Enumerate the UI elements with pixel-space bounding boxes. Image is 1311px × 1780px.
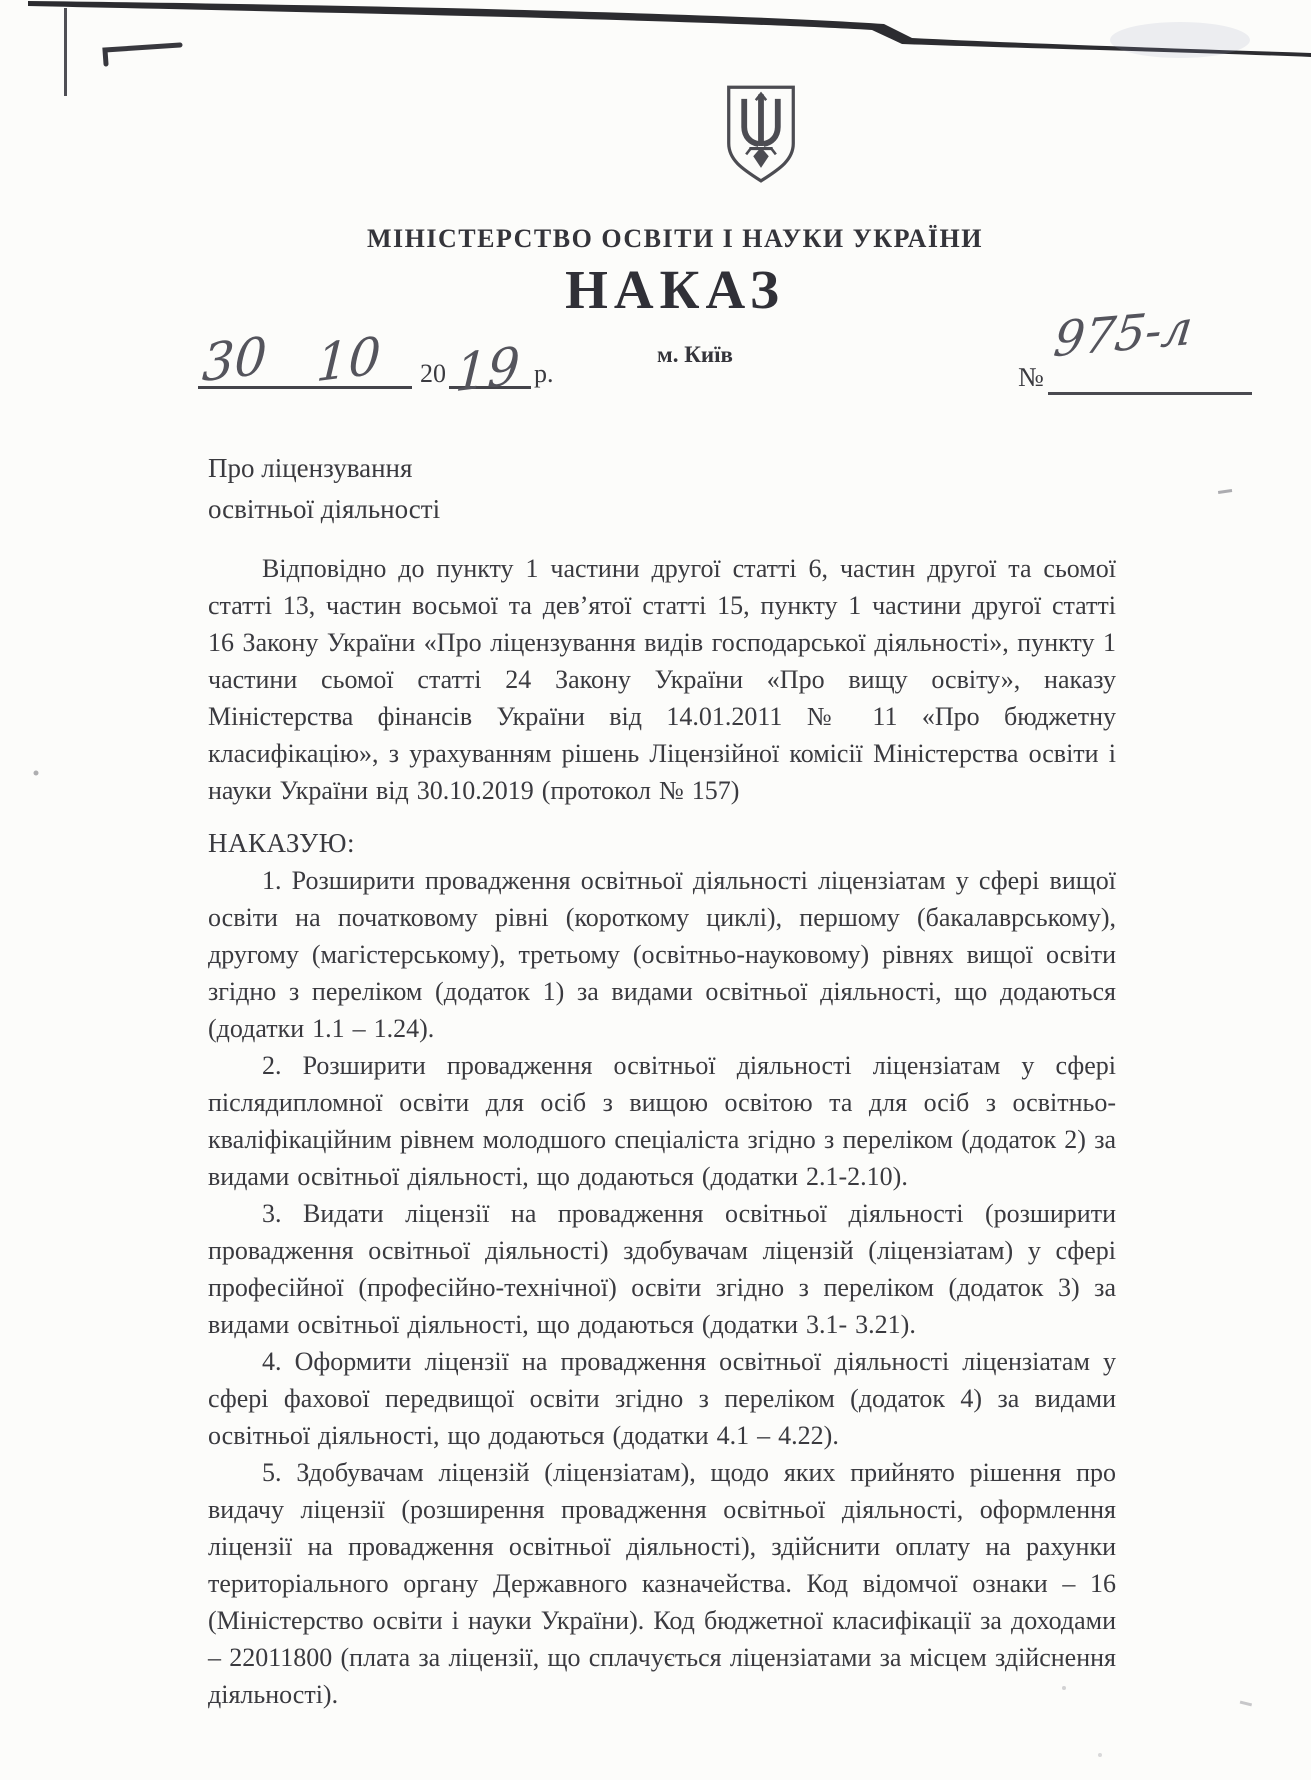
order-body: Відповідно до пункту 1 частини другої ст… [208,550,1116,1713]
handwritten-month: 10 [315,327,383,395]
year-underline: 19 [449,326,531,389]
order-item-3: 3. Видати ліцензії на провадження освітн… [208,1195,1116,1343]
document-number-block: № 975-л [1018,322,1278,402]
subject-block: Про ліцензування освітньої діяльності [208,448,440,530]
handwritten-document-number: 975-л [1051,300,1196,369]
handwritten-year: 19 [454,337,522,405]
preamble-paragraph: Відповідно до пункту 1 частини другої ст… [208,550,1116,809]
year-unit-label: р. [531,359,554,389]
number-sign-label: № [1018,362,1044,393]
ministry-name: МІНІСТЕРСТВО ОСВІТИ І НАУКИ УКРАЇНИ [40,224,1310,254]
coat-of-arms-ukraine-emblem [722,84,800,186]
order-item-2: 2. Розширити провадження освітньої діяль… [208,1047,1116,1195]
order-heading: НАКАЗУЮ: [208,825,1116,862]
handwritten-day: 30 [201,327,269,395]
subject-line-1: Про ліцензування [208,448,440,489]
number-underline [1048,392,1252,395]
order-item-4: 4. Оформити ліцензії на провадження осві… [208,1343,1116,1454]
date-block: 30 10 20 19 р. [198,326,554,389]
order-item-1: 1. Розширити провадження освітньої діяль… [208,862,1116,1047]
city-label: м. Київ [610,342,780,368]
order-item-5: 5. Здобувачам ліцензій (ліцензіатам), що… [208,1454,1116,1713]
date-underline: 30 10 [198,326,412,389]
subject-line-2: освітньої діяльності [208,489,440,530]
pen-tick-mark [105,45,180,64]
printed-year-prefix: 20 [412,359,449,389]
scanned-order-document: МІНІСТЕРСТВО ОСВІТИ І НАУКИ УКРАЇНИ НАКА… [0,0,1311,1780]
trident-icon [729,87,794,181]
